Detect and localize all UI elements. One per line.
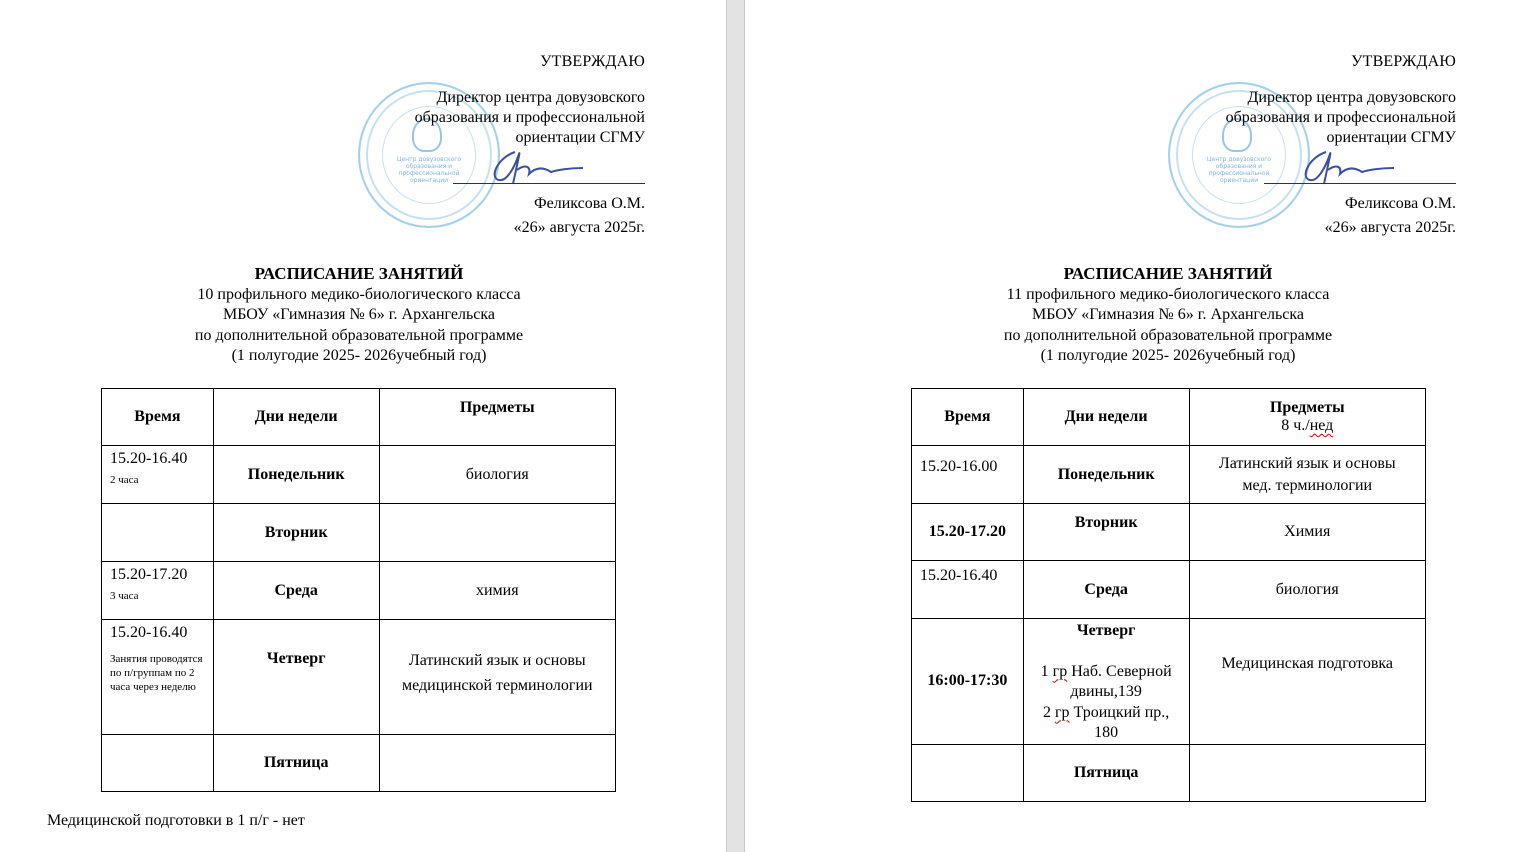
day-cell: Понедельник: [1023, 446, 1189, 504]
time-cell: 15.20-16.40 2 часа: [102, 446, 214, 504]
schedule-title-10: РАСПИСАНИЕ ЗАНЯТИЙ 10 профильного медико…: [159, 264, 559, 367]
approver-role: Директор центра довузовского образования…: [415, 88, 645, 148]
table-row: 15.20-17.20 3 часа Среда химия: [102, 562, 616, 620]
table-row: Пятница: [912, 744, 1426, 801]
signatory-name: Феликсова О.М.: [534, 194, 645, 214]
time-cell: 15.20-16.40: [912, 561, 1024, 619]
table-row: 16:00-17:30 Четверг 1 гр Наб. Северной д…: [912, 619, 1426, 745]
column-header-day: Дни недели: [213, 389, 379, 446]
time-cell: 16:00-17:30: [912, 619, 1024, 745]
column-header-subjects: Предметы: [379, 389, 615, 446]
time-cell: [102, 504, 214, 562]
weekly-hours: 8 ч./нед: [1190, 417, 1426, 435]
group-1-location: 1 гр Наб. Северной: [1024, 662, 1189, 683]
day-cell: Среда: [213, 562, 379, 620]
signature-line: [1264, 183, 1456, 184]
time-cell: 15.20-16.40 Занятия проводятся по п/груп…: [102, 620, 214, 735]
approval-date: «26» августа 2025г.: [1325, 218, 1456, 238]
table-row: Пятница: [102, 735, 616, 792]
column-header-subjects: Предметы 8 ч./нед: [1189, 389, 1426, 446]
time-cell: 15.20-17.20: [912, 504, 1024, 561]
approve-label: УТВЕРЖДАЮ: [1351, 52, 1456, 72]
day-cell: Среда: [1023, 561, 1189, 619]
subject-cell: [379, 504, 615, 562]
table-header-row: Время Дни недели Предметы 8 ч./нед: [912, 389, 1426, 446]
signature-line: [453, 183, 645, 184]
subject-cell: химия: [379, 562, 615, 620]
day-cell: Вторник: [213, 504, 379, 562]
time-cell: [912, 744, 1024, 801]
column-header-time: Время: [912, 389, 1024, 446]
footnote: Медицинской подготовки в 1 п/г - нет: [47, 812, 305, 830]
group-2-location: 2 гр Троицкий пр.,: [1024, 703, 1189, 724]
day-cell: Пятница: [1023, 744, 1189, 801]
approve-label: УТВЕРЖДАЮ: [540, 52, 645, 72]
day-cell: Понедельник: [213, 446, 379, 504]
page-title: РАСПИСАНИЕ ЗАНЯТИЙ: [159, 264, 559, 285]
time-cell: 15.20-16.00: [912, 446, 1024, 504]
time-cell: 15.20-17.20 3 часа: [102, 562, 214, 620]
table-row: 15.20-16.40 Занятия проводятся по п/груп…: [102, 620, 616, 735]
subject-cell: Латинский язык и основы мед. терминологи…: [1189, 446, 1426, 504]
column-header-day: Дни недели: [1023, 389, 1189, 446]
schedule-table-11: Время Дни недели Предметы 8 ч./нед 15.20…: [911, 388, 1426, 802]
approver-role: Директор центра довузовского образования…: [1226, 88, 1456, 148]
table-row: 15.20-17.20 Вторник Химия: [912, 504, 1426, 561]
day-cell: Четверг 1 гр Наб. Северной двины,139 2 г…: [1023, 619, 1189, 745]
subject-cell: [1189, 744, 1426, 801]
subject-cell: [379, 735, 615, 792]
signatory-name: Феликсова О.М.: [1345, 194, 1456, 214]
day-cell: Пятница: [213, 735, 379, 792]
table-row: 15.20-16.40 Среда биология: [912, 561, 1426, 619]
subject-cell: Медицинская подготовка: [1189, 619, 1426, 745]
document-page-left: Центр довузовского образования и професс…: [0, 0, 726, 852]
table-row: 15.20-16.40 2 часа Понедельник биология: [102, 446, 616, 504]
page-title: РАСПИСАНИЕ ЗАНЯТИЙ: [968, 264, 1368, 285]
approval-block: УТВЕРЖДАЮ Директор центра довузовского о…: [1156, 52, 1456, 242]
subject-cell: биология: [379, 446, 615, 504]
table-header-row: Время Дни недели Предметы: [102, 389, 616, 446]
signature-icon: [485, 144, 585, 186]
document-page-right: Центр довузовского образования и професс…: [745, 0, 1531, 852]
table-row: 15.20-16.00 Понедельник Латинский язык и…: [912, 446, 1426, 504]
column-header-time: Время: [102, 389, 214, 446]
subject-cell: биология: [1189, 561, 1426, 619]
signature-icon: [1296, 144, 1396, 186]
time-cell: [102, 735, 214, 792]
day-cell: Вторник: [1023, 504, 1189, 561]
page-gutter: [726, 0, 745, 852]
table-row: Вторник: [102, 504, 616, 562]
schedule-table-10: Время Дни недели Предметы 15.20-16.40 2 …: [101, 388, 616, 792]
approval-block: УТВЕРЖДАЮ Директор центра довузовского о…: [345, 52, 645, 242]
subject-cell: Химия: [1189, 504, 1426, 561]
approval-date: «26» августа 2025г.: [514, 218, 645, 238]
day-cell: Четверг: [213, 620, 379, 735]
subject-cell: Латинский язык и основы медицинской терм…: [379, 620, 615, 735]
schedule-title-11: РАСПИСАНИЕ ЗАНЯТИЙ 11 профильного медико…: [968, 264, 1368, 367]
